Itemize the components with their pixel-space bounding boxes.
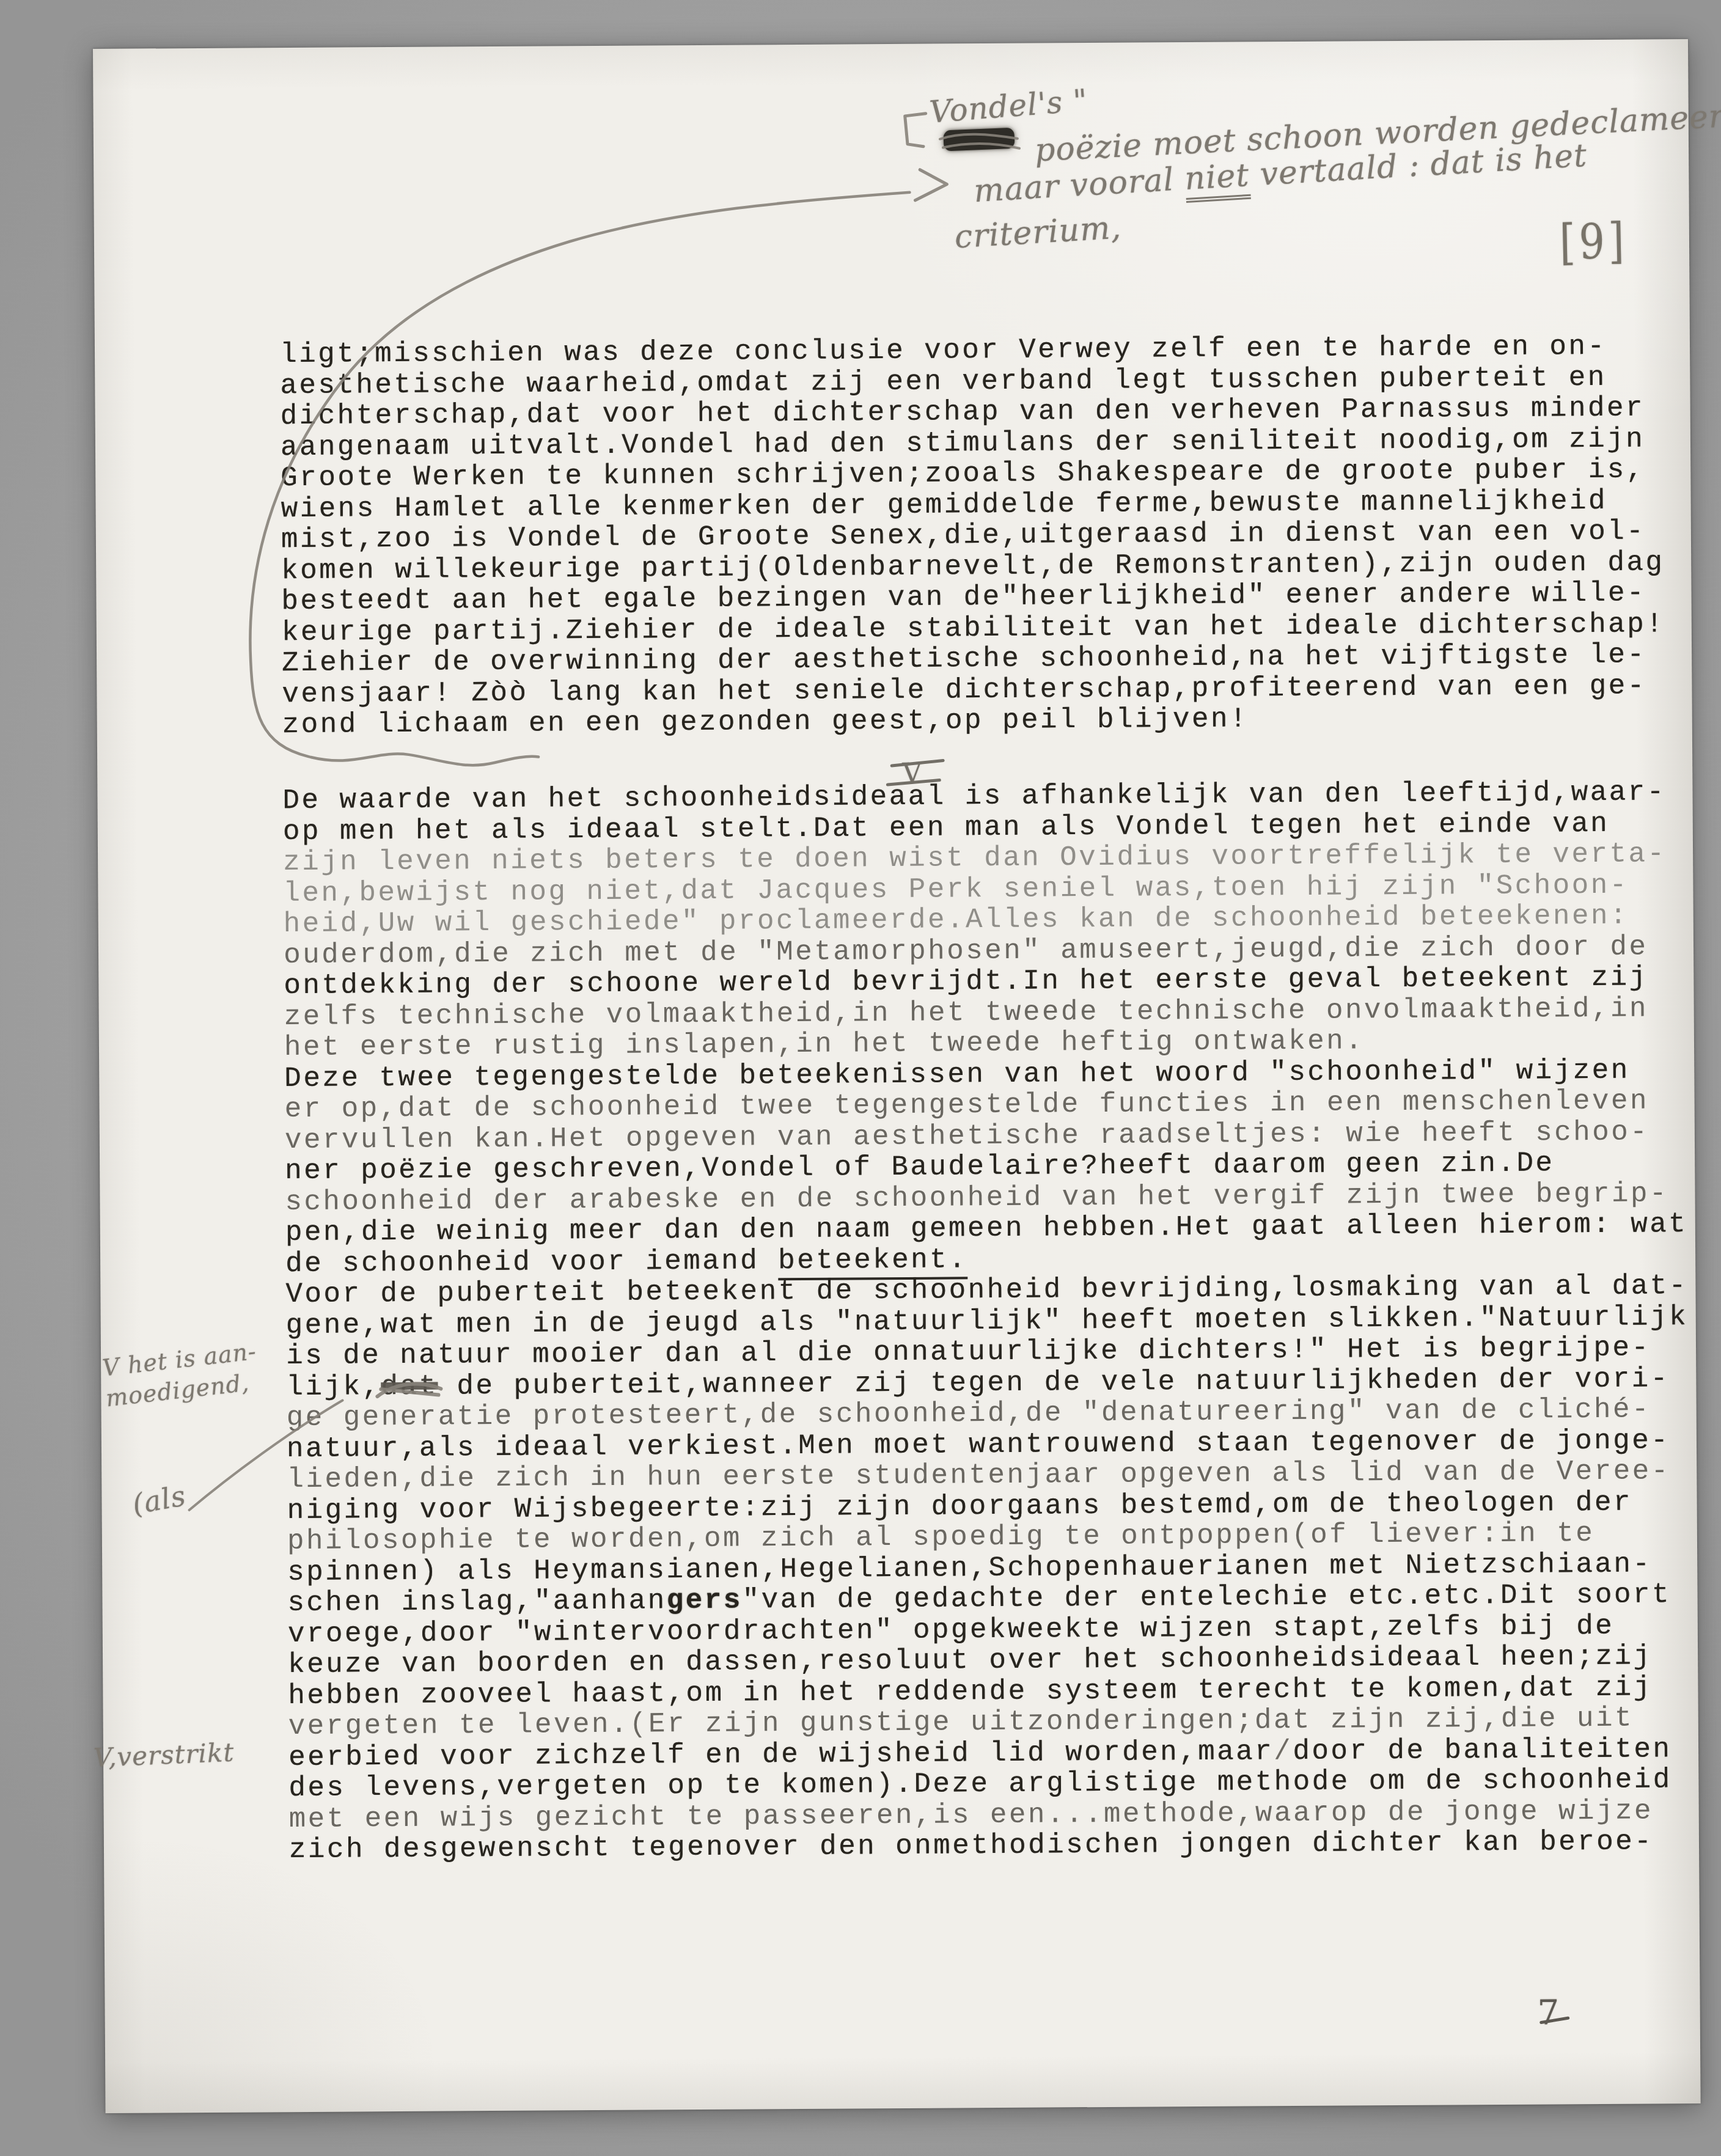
insertion-bracket-icon xyxy=(905,114,926,147)
scanned-manuscript-photo: { "page": { "page_number": "7", "corner_… xyxy=(0,0,1721,2156)
typed-segment-pencil-seg: / xyxy=(1274,1736,1293,1767)
handwritten-note-line1: Vondel's " xyxy=(928,82,1089,130)
typed-segment-scratched: dat xyxy=(381,1370,438,1402)
corner-number-mark: [9] xyxy=(1559,213,1628,271)
typed-segment: de schoonheid voor iemand xyxy=(285,1245,778,1280)
margin-note-verstrikt: V,verstrikt xyxy=(93,1737,235,1773)
paper-sheet: ligt;misschien was deze conclusie voor V… xyxy=(93,39,1701,2113)
typed-segment: door de banaliteiten xyxy=(1293,1733,1671,1767)
handwritten-underlined-word: niet xyxy=(1184,157,1251,203)
typed-segment: zond lichaam en een gezonden geest,op pe… xyxy=(282,703,1249,741)
arrowhead-icon xyxy=(915,169,947,200)
section-mark-v: V xyxy=(894,758,930,789)
handwritten-note-line4: criterium, xyxy=(953,210,1122,256)
page-number: 7 xyxy=(1537,1993,1560,2033)
scribbled-out-word xyxy=(943,128,1015,152)
margin-note-als: (als xyxy=(130,1479,188,1521)
typed-segment: schen inslag,"aanhan xyxy=(287,1585,666,1619)
typed-paragraph-1: ligt;misschien was deze conclusie voor V… xyxy=(280,331,1665,740)
typed-paragraph-2: De waarde van het schoonheidsideaal is a… xyxy=(282,777,1691,1865)
margin-note-aanmoedigend: V het is aan-moedigend, xyxy=(101,1336,262,1414)
handwritten-note-line3-pre: maar vooral xyxy=(973,161,1186,210)
typed-segment: lijk, xyxy=(286,1371,381,1403)
typed-segment-bold: gers xyxy=(666,1585,742,1617)
